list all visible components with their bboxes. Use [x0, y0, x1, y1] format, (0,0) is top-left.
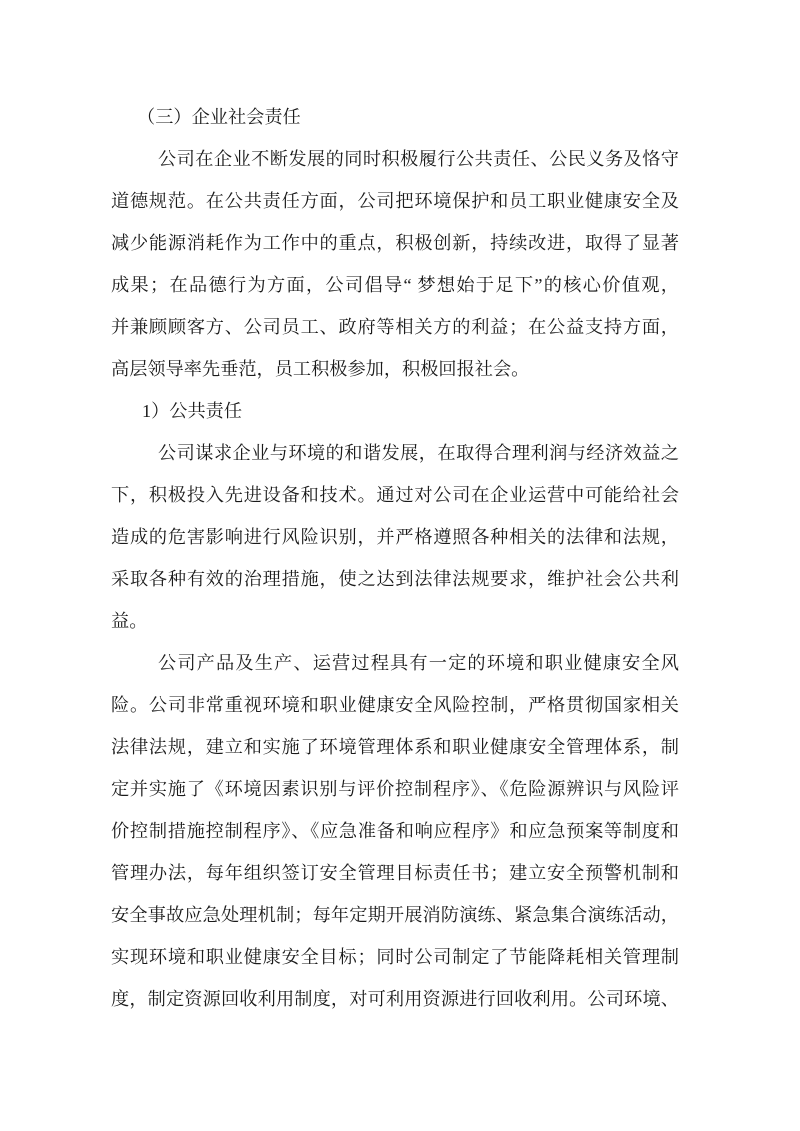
text-line: 并兼顾顾客方、公司员工、政府等相关方的利益；在公益支持方面， — [111, 306, 679, 348]
text-line: 成果；在品德行为方面，公司倡导“ 梦想始于足下”的核心价值观， — [111, 264, 679, 306]
text-line: 实现环境和职业健康安全目标；同时公司制定了节能降耗相关管理制 — [111, 936, 679, 978]
text-line: 道德规范。在公共责任方面，公司把环境保护和员工职业健康安全及 — [111, 180, 679, 222]
text-line: 益。 — [111, 600, 679, 642]
text-line: 管理办法，每年组织签订安全管理目标责任书；建立安全预警机制和 — [111, 852, 679, 894]
section-heading: （三）企业社会责任 — [111, 96, 679, 138]
text-line: 采取各种有效的治理措施，使之达到法律法规要求，维护社会公共利 — [111, 558, 679, 600]
text-line: 公司谋求企业与环境的和谐发展，在取得合理利润与经济效益之 — [111, 432, 679, 474]
text-line: 险。公司非常重视环境和职业健康安全风险控制，严格贯彻国家相关 — [111, 684, 679, 726]
text-line: 法律法规，建立和实施了环境管理体系和职业健康安全管理体系，制 — [111, 726, 679, 768]
text-line: 定并实施了《环境因素识别与评价控制程序》、《危险源辨识与风险评 — [111, 768, 679, 810]
text-line: 减少能源消耗作为工作中的重点，积极创新，持续改进，取得了显著 — [111, 222, 679, 264]
text-line: 公司在企业不断发展的同时积极履行公共责任、公民义务及恪守 — [111, 138, 679, 180]
text-line: 高层领导率先垂范，员工积极参加，积极回报社会。 — [111, 348, 679, 390]
text-line: 下，积极投入先进设备和技术。通过对公司在企业运营中可能给社会 — [111, 474, 679, 516]
paragraph: 公司产品及生产、运营过程具有一定的环境和职业健康安全风险。公司非常重视环境和职业… — [111, 642, 679, 1020]
paragraph: 公司谋求企业与环境的和谐发展，在取得合理利润与经济效益之下，积极投入先进设备和技… — [111, 432, 679, 642]
document-page: （三）企业社会责任公司在企业不断发展的同时积极履行公共责任、公民义务及恪守道德规… — [0, 0, 800, 1131]
text-line: 造成的危害影响进行风险识别，并严格遵照各种相关的法律和法规， — [111, 516, 679, 558]
text-line: 度，制定资源回收利用制度，对可利用资源进行回收利用。公司环境、 — [111, 978, 679, 1020]
subsection-heading: 1）公共责任 — [111, 390, 679, 432]
document-body: （三）企业社会责任公司在企业不断发展的同时积极履行公共责任、公民义务及恪守道德规… — [111, 96, 679, 1020]
text-line: 价控制措施控制程序》、《应急准备和响应程序》和应急预案等制度和 — [111, 810, 679, 852]
text-line: （三）企业社会责任 — [111, 96, 679, 138]
text-line: 公司产品及生产、运营过程具有一定的环境和职业健康安全风 — [111, 642, 679, 684]
text-line: 安全事故应急处理机制；每年定期开展消防演练、紧急集合演练活动， — [111, 894, 679, 936]
text-line: 1）公共责任 — [111, 390, 679, 432]
paragraph: 公司在企业不断发展的同时积极履行公共责任、公民义务及恪守道德规范。在公共责任方面… — [111, 138, 679, 390]
